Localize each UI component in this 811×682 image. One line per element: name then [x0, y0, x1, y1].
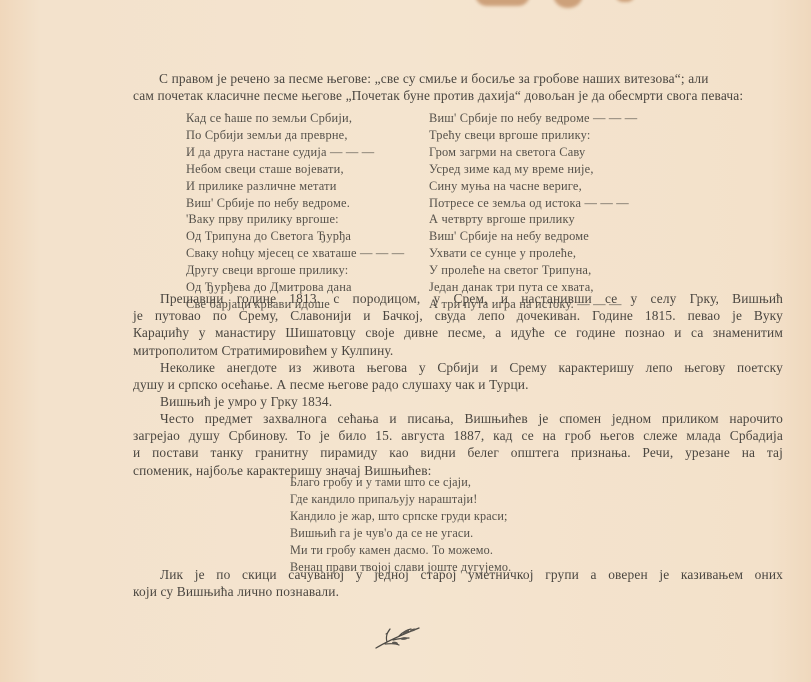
- poem-line: Од Трипуна до Светога Ђурђа: [186, 228, 404, 245]
- poem-line: Виш' Србије по небу ведроме.: [186, 195, 404, 212]
- laurel-sprig-icon: [373, 625, 425, 651]
- text-line: сам почетак класичне песме његове „Почет…: [133, 87, 783, 104]
- poem-line: Потресе се земља од истока — — —: [429, 195, 637, 212]
- epitaph-line: Ми ти гробу камен дасмо. То можемо.: [290, 542, 511, 559]
- poem-line: И прилике различне метати: [186, 178, 404, 195]
- epitaph-line: Где кандило припаљују нараштаји!: [290, 491, 511, 508]
- text-line: и постави танку гранитну пирамиду као ви…: [133, 444, 783, 461]
- text-line: Лик је по скици сачуваној у једној старо…: [133, 566, 783, 583]
- monument-paragraph: Често предмет захвалнога сећања и писања…: [133, 410, 783, 479]
- poem-line: Сваку ноћцу мјесец се хваташе — — —: [186, 245, 404, 262]
- poem-line: Небом свеци сташе војевати,: [186, 161, 404, 178]
- poem-left-column: Кад се ћаше по земљи Србији, По Србији з…: [186, 110, 404, 313]
- text-line: Караџићу у манастиру Шишатовцу своје див…: [133, 324, 783, 341]
- text-line: митрополитом Стратимировићем у Кулпину.: [133, 342, 783, 359]
- poem-line: Усред зиме кад му време није,: [429, 161, 637, 178]
- text-line: загрејао душу Србинову. То је било 15. а…: [133, 427, 783, 444]
- text-line: који су Вишњића лично познавали.: [133, 583, 783, 600]
- poem-line: У пролеће на светог Трипуна,: [429, 262, 637, 279]
- poem-line: Ухвати се сунце у пролеће,: [429, 245, 637, 262]
- text-line: душу и српско осећање. А песме његове ра…: [133, 376, 783, 393]
- text-line: С правом је речено за песме његове: „све…: [133, 70, 783, 87]
- document-page: С правом је речено за песме његове: „све…: [0, 0, 811, 682]
- portrait-note-paragraph: Лик је по скици сачуваној у једној старо…: [133, 566, 783, 600]
- paper-stain: [553, 0, 583, 8]
- poem-line: По Србији земљи да преврне,: [186, 127, 404, 144]
- text-line: Вишњић је умро у Грку 1834.: [133, 393, 783, 410]
- epitaph-line: Кандило је жар, што српске груди краси;: [290, 508, 511, 525]
- poem-line: Сину муња на часне вериге,: [429, 178, 637, 195]
- paper-stain: [615, 0, 635, 2]
- poem-line: 'Ваку прву прилику вргоше:: [186, 211, 404, 228]
- text-line: Често предмет захвалнога сећања и писања…: [133, 410, 783, 427]
- poem-line: А четврту вргоше прилику: [429, 211, 637, 228]
- text-line: Прешавши године 1813. с породицом, у Сре…: [133, 290, 783, 307]
- poem-line: И да друга настане судија — — —: [186, 144, 404, 161]
- intro-paragraph: С правом је речено за песме његове: „све…: [133, 70, 783, 104]
- poem-right-column: Виш' Србије по небу ведроме — — — Трећу …: [429, 110, 637, 313]
- poem-line: Другу свеци вргоше прилику:: [186, 262, 404, 279]
- anecdotes-paragraph: Неколике анегдоте из живота његова у Срб…: [133, 359, 783, 393]
- text-line: Неколике анегдоте из живота његова у Срб…: [133, 359, 783, 376]
- epitaph-line: Вишњић га је чув'о да се не угаси.: [290, 525, 511, 542]
- poem-line: Кад се ћаше по земљи Србији,: [186, 110, 404, 127]
- poem-line: Виш' Србије на небу ведроме: [429, 228, 637, 245]
- poem-line: Трећу свеци вргоше прилику:: [429, 127, 637, 144]
- death-paragraph: Вишњић је умро у Грку 1834.: [133, 393, 783, 410]
- poem-line: Виш' Србије по небу ведроме — — —: [429, 110, 637, 127]
- paper-stain: [475, 0, 530, 6]
- text-line: је путовао по Срему, Славонији и Бачкој,…: [133, 307, 783, 324]
- epitaph-verse: Благо гробу и у тами што се сјаји, Где к…: [290, 474, 511, 575]
- epitaph-line: Благо гробу и у тами што се сјаји,: [290, 474, 511, 491]
- poem-line: Гром загрми на светога Саву: [429, 144, 637, 161]
- biography-paragraph: Прешавши године 1813. с породицом, у Сре…: [133, 290, 783, 359]
